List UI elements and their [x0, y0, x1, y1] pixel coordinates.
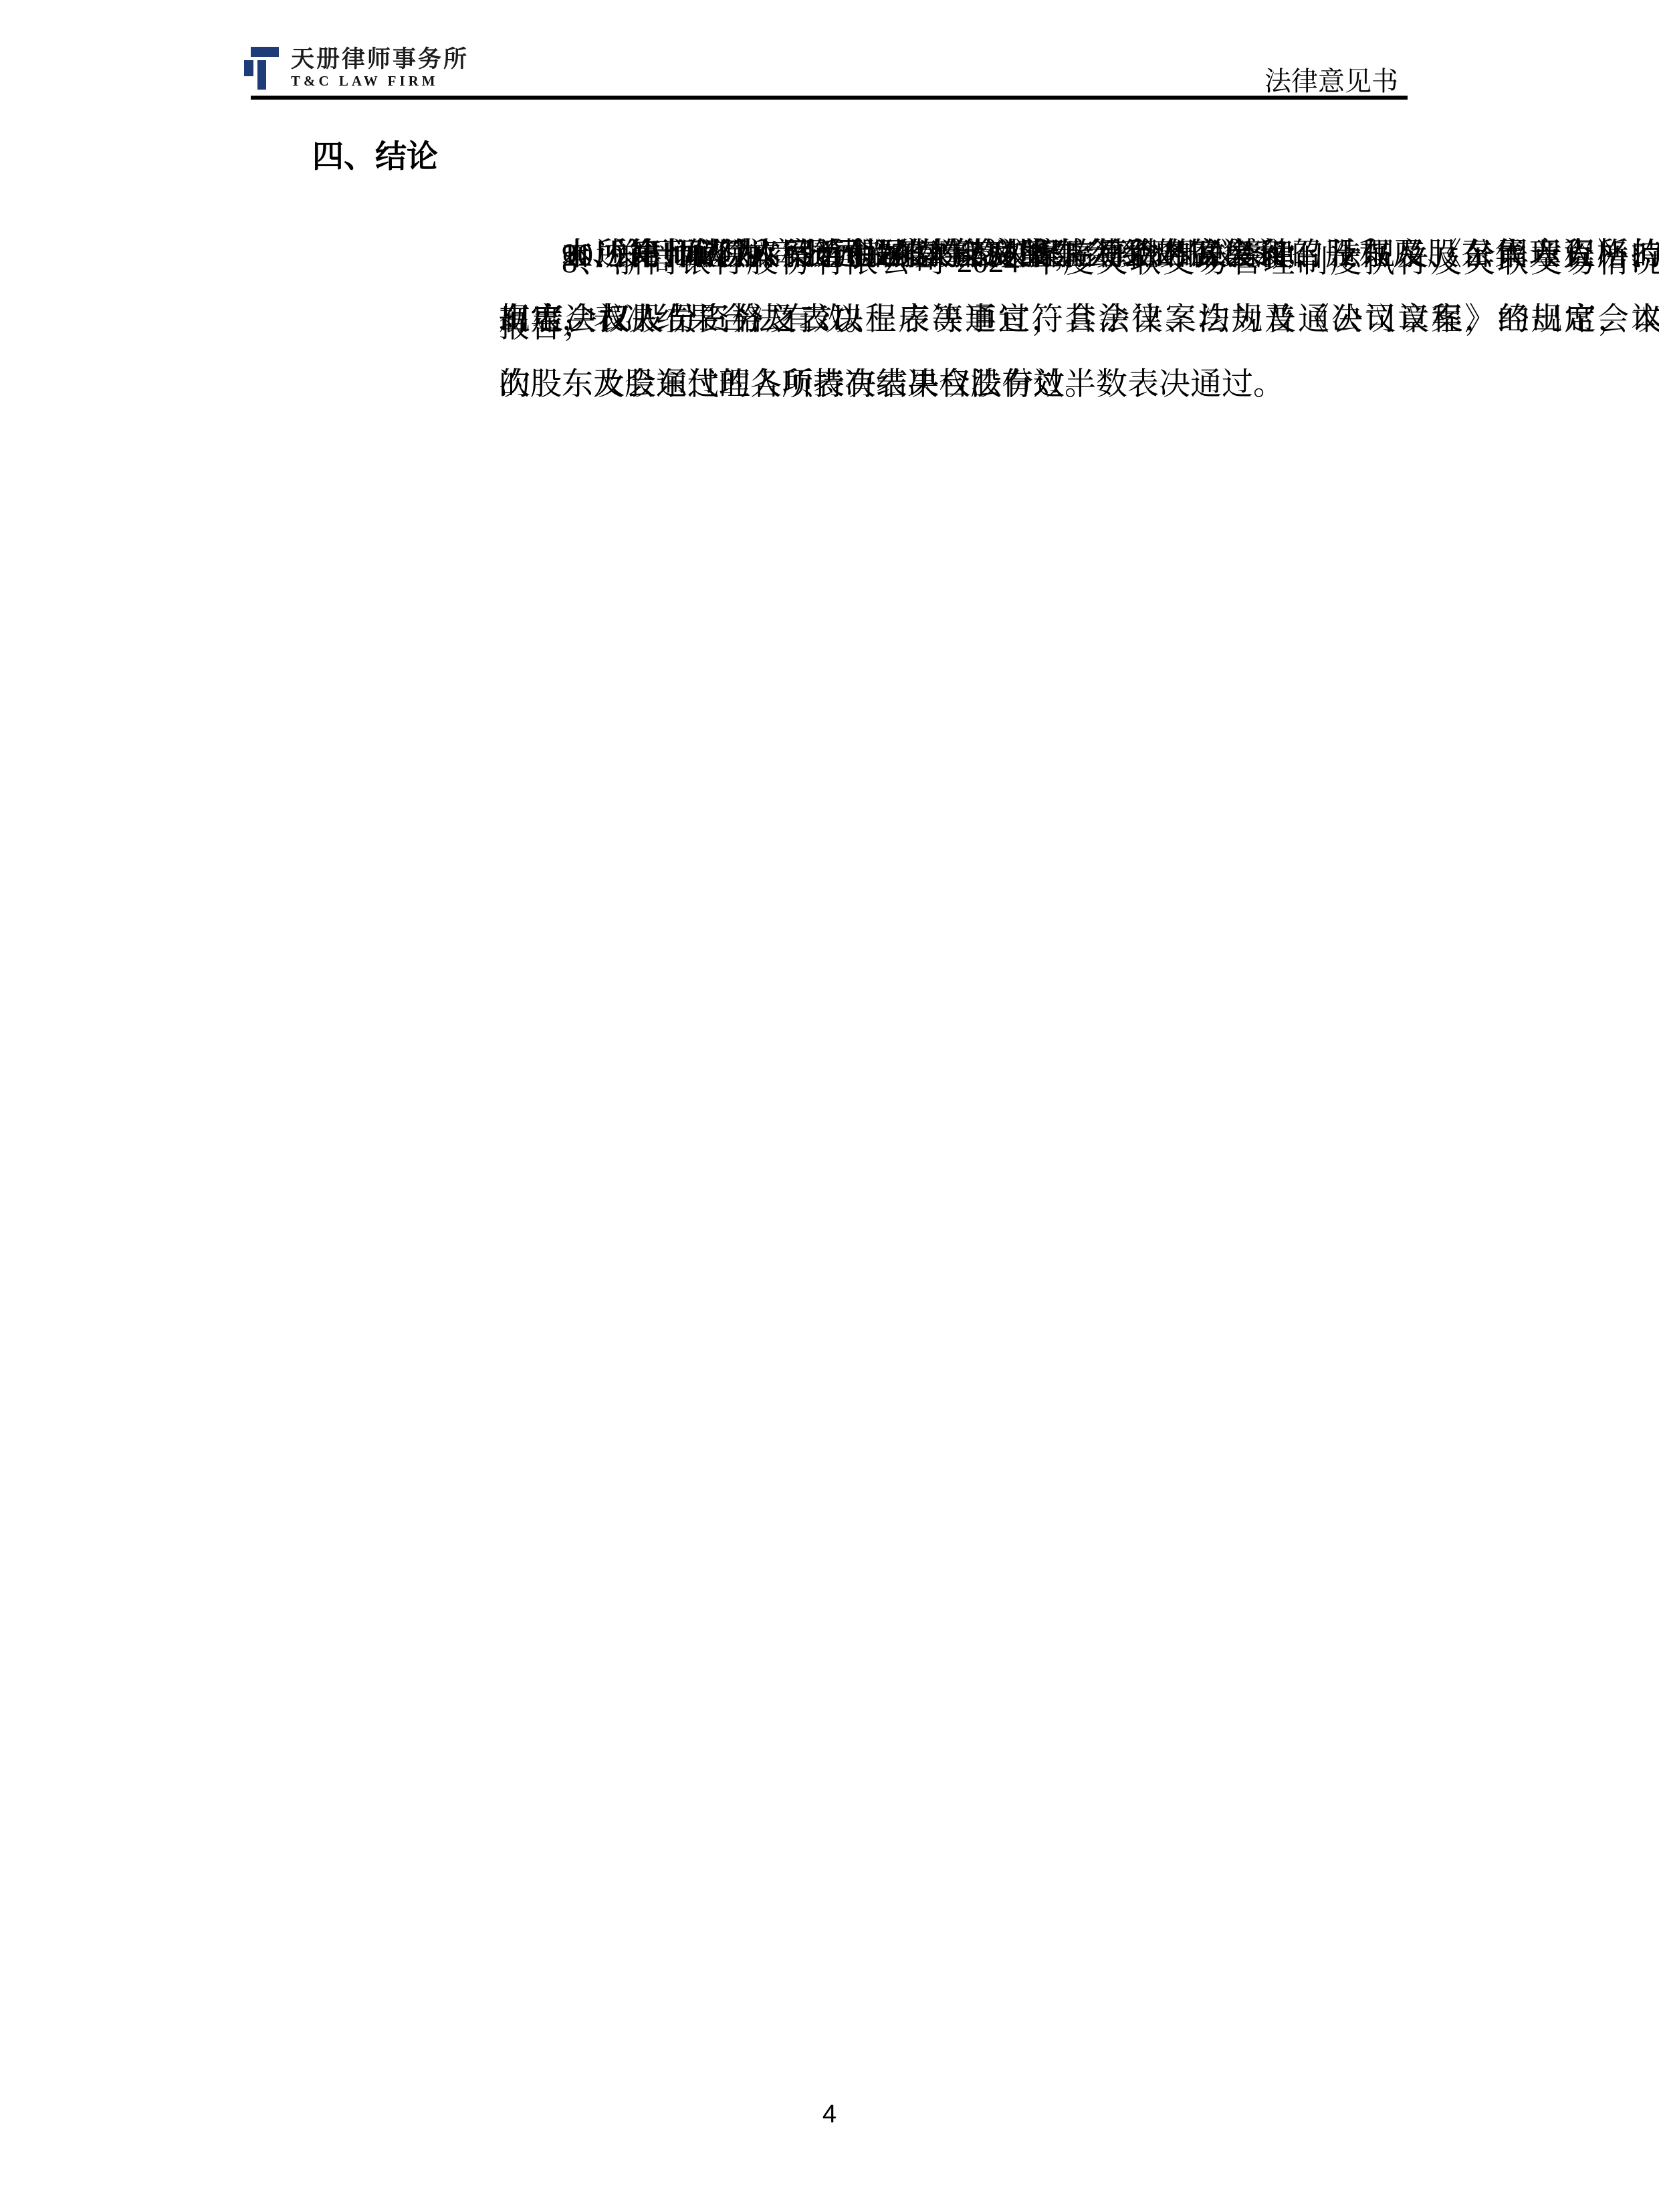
page-number: 4	[822, 2100, 837, 2128]
text-line: 次股东大会通过的各项表决结果合法有效。	[499, 352, 1659, 417]
logo-left-block	[244, 60, 253, 76]
logo-stem	[257, 60, 266, 90]
text-line: 出席会议人员资格及表决程序等事宜符合法律、法规及《公司章程》的规定，本	[499, 288, 1659, 352]
document-page: 天册律师事务所 T&C LAW FIRM 法律意见书 8、浙商银行股份有限公司 …	[0, 0, 1659, 2212]
document-type-label: 法律意见书	[1264, 67, 1398, 96]
document-body: 8、浙商银行股份有限公司 2024 年度关联交易管理制度执行及关联交易情况报告；…	[249, 99, 1413, 189]
law-firm-name-en: T&C LAW FIRM	[291, 73, 469, 89]
tc-law-firm-logo-icon	[244, 47, 279, 90]
text-line: 四、结论	[249, 124, 1413, 189]
law-firm-name-cn: 天册律师事务所	[291, 47, 469, 72]
law-firm-brand: 天册律师事务所 T&C LAW FIRM	[244, 47, 469, 90]
logo-top-bar	[251, 47, 279, 57]
law-firm-name: 天册律师事务所 T&C LAW FIRM	[291, 47, 469, 89]
section-heading: 四、结论	[249, 124, 1413, 189]
page-footer: 4	[0, 2100, 1659, 2129]
text-line: 本所律师认为：公司 2024 年度股东大会的召集和召开程序、召集人资格、	[499, 223, 1659, 288]
paragraph: 本所律师认为：公司 2024 年度股东大会的召集和召开程序、召集人资格、出席会议…	[499, 223, 1659, 417]
